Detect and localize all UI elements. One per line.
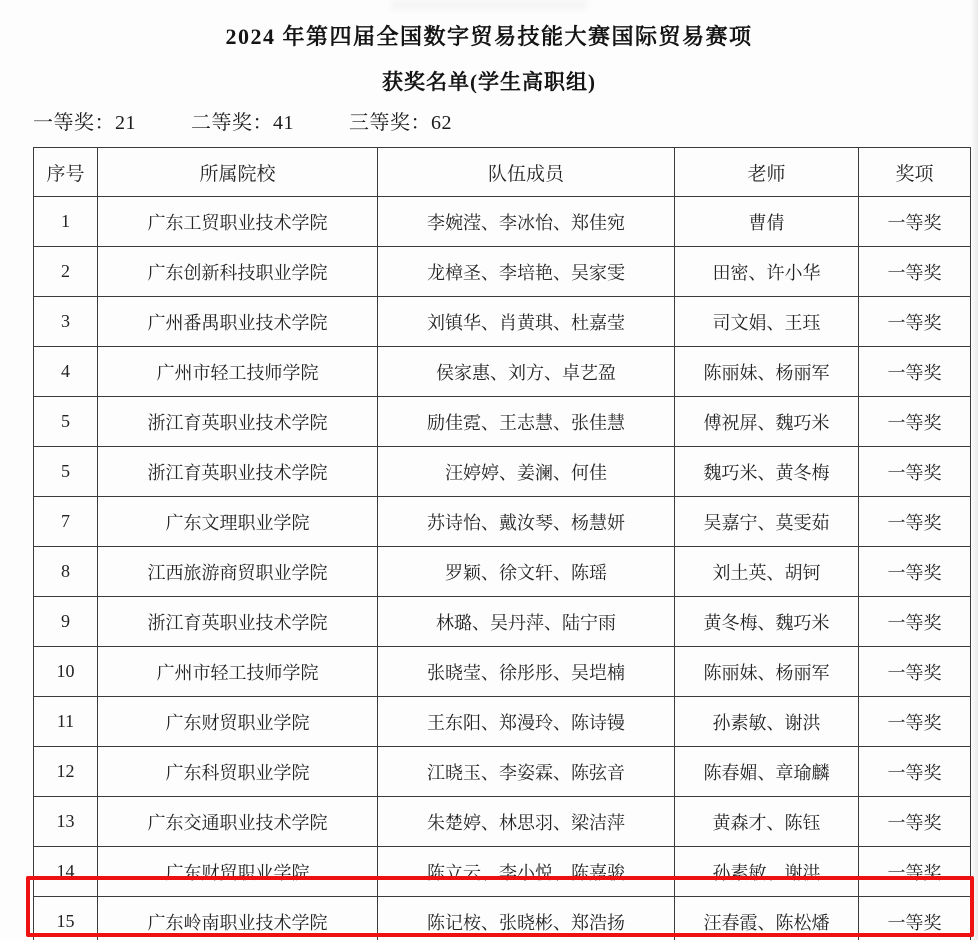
table-row: 1 广东工贸职业技术学院 李婉滢、李冰怡、郑佳宛 曹倩 一等奖 — [34, 197, 971, 247]
table-row: 2 广东创新科技职业学院 龙樟圣、李培艳、吴家雯 田密、许小华 一等奖 — [34, 247, 971, 297]
cell-school: 广东科贸职业学院 — [98, 747, 378, 797]
table-row: 10 广州市轻工技师学院 张晓莹、徐彤彤、吴垲楠 陈丽妹、杨丽军 一等奖 — [34, 647, 971, 697]
first-prize-label: 一等奖： — [33, 112, 115, 134]
cell-index: 13 — [34, 797, 98, 847]
cell-school: 广东财贸职业学院 — [98, 847, 378, 897]
table-header-row: 序号 所属院校 队伍成员 老师 奖项 — [34, 148, 971, 197]
cell-members: 林璐、吴丹萍、陆宁雨 — [378, 597, 675, 647]
table-row: 11 广东财贸职业学院 王东阳、郑漫玲、陈诗镘 孙素敏、谢洪 一等奖 — [34, 697, 971, 747]
first-prize-count: 21 — [115, 112, 136, 134]
table-row: 14 广东财贸职业学院 陈立云、李小悦、陈嘉骏 孙素敏、谢洪 一等奖 — [34, 847, 971, 897]
cell-award: 一等奖 — [859, 397, 971, 447]
table-row: 7 广东文理职业学院 苏诗怡、戴汝琴、杨慧妍 吴嘉宁、莫雯茹 一等奖 — [34, 497, 971, 547]
cell-index: 8 — [34, 547, 98, 597]
header-members: 队伍成员 — [378, 148, 675, 197]
cell-members: 陈记桉、张晓彬、郑浩扬 — [378, 897, 675, 940]
cell-index: 5 — [34, 447, 98, 497]
table-row: 8 江西旅游商贸职业学院 罗颖、徐文轩、陈瑶 刘土英、胡钶 一等奖 — [34, 547, 971, 597]
cell-teachers: 陈丽妹、杨丽军 — [675, 647, 859, 697]
second-prize-label: 二等奖： — [191, 112, 273, 134]
cell-members: 王东阳、郑漫玲、陈诗镘 — [378, 697, 675, 747]
table-row: 4 广州市轻工技师学院 侯家惠、刘方、卓艺盈 陈丽妹、杨丽军 一等奖 — [34, 347, 971, 397]
cell-index: 2 — [34, 247, 98, 297]
cell-index: 7 — [34, 497, 98, 547]
cell-teachers: 司文娟、王珏 — [675, 297, 859, 347]
cell-school: 广州番禺职业技术学院 — [98, 297, 378, 347]
cell-index: 1 — [34, 197, 98, 247]
cell-school: 广州市轻工技师学院 — [98, 347, 378, 397]
cell-award: 一等奖 — [859, 547, 971, 597]
cell-school: 广东岭南职业技术学院 — [98, 897, 378, 940]
third-prize-count: 62 — [431, 112, 452, 134]
cell-award: 一等奖 — [859, 197, 971, 247]
cell-school: 广东工贸职业技术学院 — [98, 197, 378, 247]
cell-index: 3 — [34, 297, 98, 347]
cell-award: 一等奖 — [859, 747, 971, 797]
cell-teachers: 孙素敏、谢洪 — [675, 847, 859, 897]
table-row: 13 广东交通职业技术学院 朱楚婷、林思羽、梁洁萍 黄森才、陈钰 一等奖 — [34, 797, 971, 847]
cell-school: 广东文理职业学院 — [98, 497, 378, 547]
awards-table: 序号 所属院校 队伍成员 老师 奖项 1 广东工贸职业技术学院 李婉滢、李冰怡、… — [33, 147, 971, 940]
cell-index: 9 — [34, 597, 98, 647]
cell-teachers: 黄森才、陈钰 — [675, 797, 859, 847]
table-row: 9 浙江育英职业技术学院 林璐、吴丹萍、陆宁雨 黄冬梅、魏巧米 一等奖 — [34, 597, 971, 647]
header-teachers: 老师 — [675, 148, 859, 197]
cell-award: 一等奖 — [859, 497, 971, 547]
cell-teachers: 曹倩 — [675, 197, 859, 247]
cell-teachers: 魏巧米、黄冬梅 — [675, 447, 859, 497]
cell-members: 汪婷婷、姜澜、何佳 — [378, 447, 675, 497]
summary-second-prize: 二等奖：41 — [191, 106, 349, 135]
scan-artifact — [391, 0, 587, 10]
summary-third-prize: 三等奖：62 — [349, 106, 452, 135]
cell-index: 14 — [34, 847, 98, 897]
cell-members: 罗颖、徐文轩、陈瑶 — [378, 547, 675, 597]
cell-teachers: 汪春霞、陈松燔 — [675, 897, 859, 940]
cell-school: 广东交通职业技术学院 — [98, 797, 378, 847]
cell-school: 广州市轻工技师学院 — [98, 647, 378, 697]
cell-members: 侯家惠、刘方、卓艺盈 — [378, 347, 675, 397]
third-prize-label: 三等奖： — [349, 112, 431, 134]
cell-award: 一等奖 — [859, 447, 971, 497]
cell-index: 4 — [34, 347, 98, 397]
summary-first-prize: 一等奖：21 — [33, 106, 191, 135]
cell-members: 朱楚婷、林思羽、梁洁萍 — [378, 797, 675, 847]
table-row: 5 浙江育英职业技术学院 汪婷婷、姜澜、何佳 魏巧米、黄冬梅 一等奖 — [34, 447, 971, 497]
cell-teachers: 陈春媚、章瑜麟 — [675, 747, 859, 797]
cell-award: 一等奖 — [859, 247, 971, 297]
cell-school: 广东财贸职业学院 — [98, 697, 378, 747]
cell-index: 5 — [34, 397, 98, 447]
table-row: 3 广州番禺职业技术学院 刘镇华、肖黄琪、杜嘉莹 司文娟、王珏 一等奖 — [34, 297, 971, 347]
cell-members: 李婉滢、李冰怡、郑佳宛 — [378, 197, 675, 247]
award-summary: 一等奖：21 二等奖：41 三等奖：62 — [33, 106, 452, 135]
cell-members: 张晓莹、徐彤彤、吴垲楠 — [378, 647, 675, 697]
cell-school: 浙江育英职业技术学院 — [98, 447, 378, 497]
document-subtitle: 获奖名单(学生高职组) — [0, 66, 978, 96]
header-school: 所属院校 — [98, 148, 378, 197]
cell-school: 江西旅游商贸职业学院 — [98, 547, 378, 597]
cell-school: 广东创新科技职业学院 — [98, 247, 378, 297]
cell-teachers: 傅祝屏、魏巧米 — [675, 397, 859, 447]
cell-award: 一等奖 — [859, 647, 971, 697]
cell-members: 苏诗怡、戴汝琴、杨慧妍 — [378, 497, 675, 547]
document-page: 2024 年第四届全国数字贸易技能大赛国际贸易赛项 获奖名单(学生高职组) 一等… — [0, 0, 978, 940]
cell-members: 励佳霓、王志慧、张佳慧 — [378, 397, 675, 447]
cell-award: 一等奖 — [859, 297, 971, 347]
header-index: 序号 — [34, 148, 98, 197]
cell-award: 一等奖 — [859, 597, 971, 647]
cell-teachers: 孙素敏、谢洪 — [675, 697, 859, 747]
cell-teachers: 刘土英、胡钶 — [675, 547, 859, 597]
cell-school: 浙江育英职业技术学院 — [98, 597, 378, 647]
table-row: 12 广东科贸职业学院 江晓玉、李姿霖、陈弦音 陈春媚、章瑜麟 一等奖 — [34, 747, 971, 797]
cell-index: 15 — [34, 897, 98, 940]
cell-index: 10 — [34, 647, 98, 697]
cell-school: 浙江育英职业技术学院 — [98, 397, 378, 447]
cell-members: 陈立云、李小悦、陈嘉骏 — [378, 847, 675, 897]
cell-index: 12 — [34, 747, 98, 797]
cell-members: 龙樟圣、李培艳、吴家雯 — [378, 247, 675, 297]
table-row: 15 广东岭南职业技术学院 陈记桉、张晓彬、郑浩扬 汪春霞、陈松燔 一等奖 — [34, 897, 971, 940]
second-prize-count: 41 — [273, 112, 294, 134]
table-body: 1 广东工贸职业技术学院 李婉滢、李冰怡、郑佳宛 曹倩 一等奖 2 广东创新科技… — [34, 197, 971, 940]
cell-teachers: 陈丽妹、杨丽军 — [675, 347, 859, 397]
cell-award: 一等奖 — [859, 847, 971, 897]
cell-teachers: 吴嘉宁、莫雯茹 — [675, 497, 859, 547]
cell-teachers: 黄冬梅、魏巧米 — [675, 597, 859, 647]
cell-teachers: 田密、许小华 — [675, 247, 859, 297]
table-row: 5 浙江育英职业技术学院 励佳霓、王志慧、张佳慧 傅祝屏、魏巧米 一等奖 — [34, 397, 971, 447]
cell-award: 一等奖 — [859, 347, 971, 397]
cell-award: 一等奖 — [859, 897, 971, 940]
document-title: 2024 年第四届全国数字贸易技能大赛国际贸易赛项 — [0, 20, 978, 51]
scan-artifact — [970, 0, 978, 940]
cell-members: 江晓玉、李姿霖、陈弦音 — [378, 747, 675, 797]
cell-members: 刘镇华、肖黄琪、杜嘉莹 — [378, 297, 675, 347]
header-award: 奖项 — [859, 148, 971, 197]
cell-index: 11 — [34, 697, 98, 747]
cell-award: 一等奖 — [859, 697, 971, 747]
cell-award: 一等奖 — [859, 797, 971, 847]
